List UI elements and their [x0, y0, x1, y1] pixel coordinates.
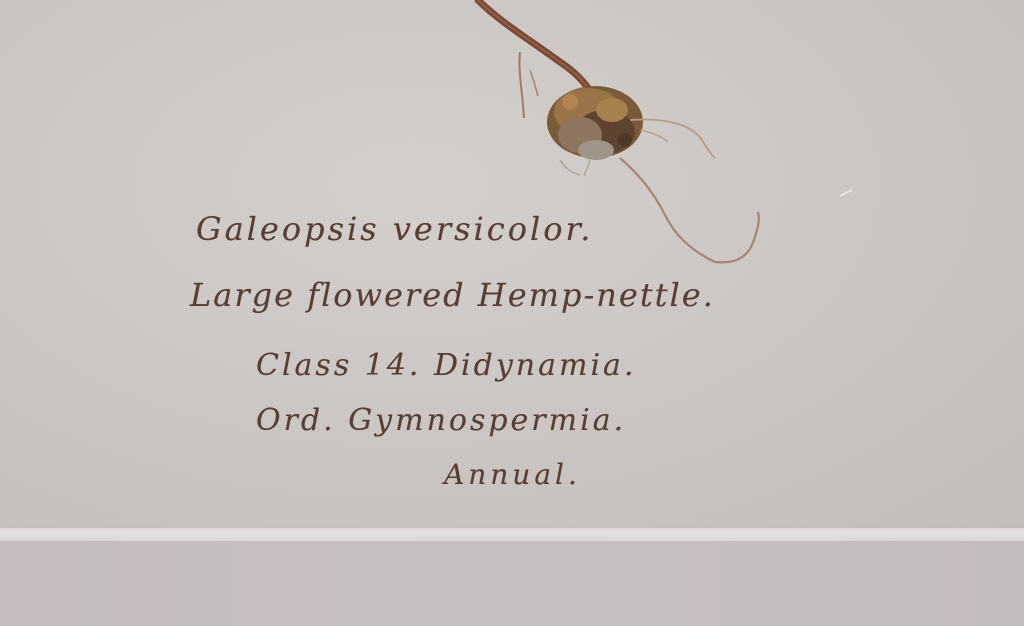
- mount-border-line: [0, 528, 1024, 541]
- linnaean-order: Ord. Gymnospermia.: [256, 403, 626, 438]
- life-cycle: Annual.: [444, 458, 581, 491]
- linnaean-class: Class 14. Didynamia.: [256, 348, 636, 383]
- mat-board: [0, 541, 1024, 626]
- species-name: Galeopsis versicolor.: [196, 210, 593, 248]
- common-name: Large flowered Hemp-nettle.: [190, 276, 715, 314]
- specimen-photo: Galeopsis versicolor. Large flowered Hem…: [0, 0, 1024, 626]
- handwritten-label: Galeopsis versicolor. Large flowered Hem…: [0, 0, 1024, 528]
